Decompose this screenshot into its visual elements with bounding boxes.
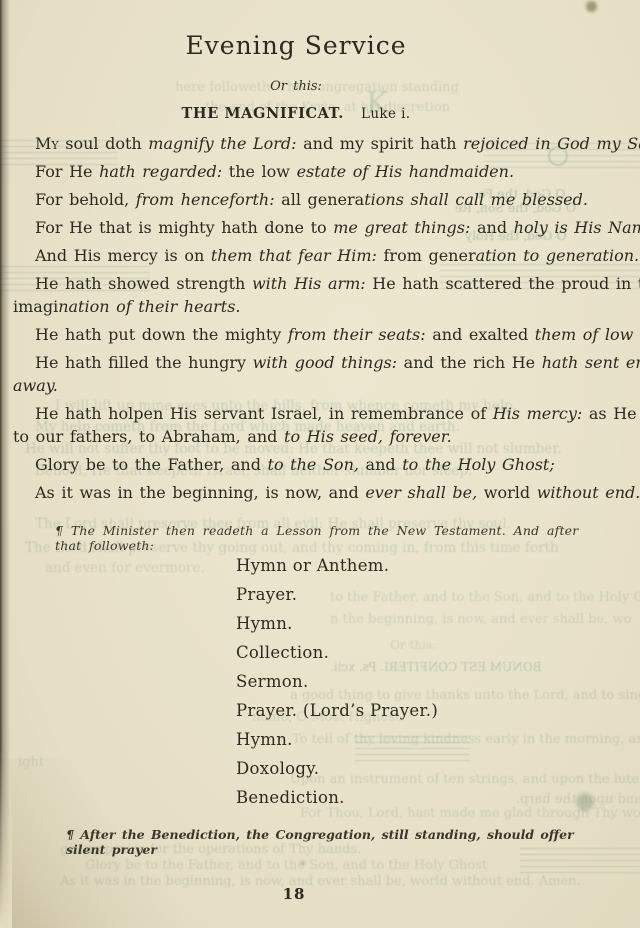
verse: For He that is mighty hath done to me gr… xyxy=(13,216,592,239)
order-item: Prayer. xyxy=(236,586,438,603)
verse-text-segment: ever shall be, xyxy=(365,483,477,502)
verse-text-segment: world xyxy=(477,483,537,502)
verse-line: For He hath regarded: the low estate of … xyxy=(13,160,592,183)
order-item: Prayer. (Lord’s Prayer.) xyxy=(236,702,438,719)
verse-text-segment: And His mercy is on xyxy=(35,246,211,265)
scanned-book-page: { "page": { "title": "Evening Service", … xyxy=(0,0,640,928)
verse-line: He hath filled the hungry with good thin… xyxy=(13,351,592,374)
page-title: Evening Service xyxy=(0,31,592,60)
verse-text-segment: me great things: xyxy=(333,218,470,237)
verse: For He hath regarded: the low estate of … xyxy=(13,160,592,183)
verse-text-segment: the low xyxy=(222,162,296,181)
verse-text-segment: For behold, xyxy=(35,190,136,209)
verse-text-segment: from gener xyxy=(377,246,476,265)
verse-text-segment: and xyxy=(470,218,513,237)
verse-text-segment: soul doth xyxy=(59,134,149,153)
verse-line: For behold, from henceforth: all generat… xyxy=(13,188,592,211)
order-item: Doxology. xyxy=(236,760,438,777)
or-this-label: Or this: xyxy=(0,79,592,94)
verse-text-segment: He hath put down the mighty xyxy=(35,325,288,344)
verse-text-segment: to the Son, xyxy=(268,455,359,474)
verse: For behold, from henceforth: all generat… xyxy=(13,188,592,211)
verse-line: And His mercy is on them that fear Him: … xyxy=(13,244,592,267)
verse-text-segment: My xyxy=(35,134,59,153)
order-item: Sermon. xyxy=(236,673,438,690)
order-item: Hymn. xyxy=(236,615,438,632)
verse-text-segment: and exalted xyxy=(426,325,535,344)
verse-text-segment: holy is His Name. xyxy=(514,218,640,237)
verse-text-segment: as He spake xyxy=(582,404,640,423)
verse-text-segment: estate of His handmaiden. xyxy=(297,162,514,181)
magnificat-verses: My soul doth magnify the Lord: and my sp… xyxy=(13,132,592,509)
verse-line: imagination of their hearts. xyxy=(13,295,592,318)
verse-line: He hath holpen His servant Israel, in re… xyxy=(13,402,592,425)
verse-text-segment: them that fear Him: xyxy=(211,246,377,265)
verse-text-segment: tions shall call me blessed. xyxy=(364,190,588,209)
verse-text-segment: without end. Amen. xyxy=(537,483,640,502)
verse-text-segment: away. xyxy=(13,376,58,395)
verse-text-segment: rejoiced in God my Saviour. xyxy=(463,134,640,153)
verse-text-segment: For He that is mighty hath done to xyxy=(35,218,333,237)
rubric-lesson: ¶ The Minister then readeth a Lesson fro… xyxy=(55,523,603,553)
page-crease xyxy=(0,758,230,928)
paper-blemish xyxy=(301,861,305,865)
canticle-heading: THE MAGNIFICAT. Luke i. xyxy=(0,103,592,122)
verse-text-segment: Glory be to the Father, and xyxy=(35,455,268,474)
verse-text-segment: to our fathers, to Abraham, and xyxy=(13,427,284,446)
verse: He hath put down the mighty from their s… xyxy=(13,323,592,346)
verse-text-segment: and the rich He xyxy=(397,353,542,372)
verse-text-segment: He hath scattered the proud in the xyxy=(366,274,640,293)
paper-blemish xyxy=(576,793,594,811)
scripture-reference: Luke i. xyxy=(361,106,411,122)
verse-text-segment: and my spirit hath xyxy=(297,134,464,153)
verse-text-segment: imagi xyxy=(13,297,58,316)
order-item: Hymn or Anthem. xyxy=(236,557,438,574)
verse-line: He hath put down the mighty from their s… xyxy=(13,323,592,346)
verse-line: For He that is mighty hath done to me gr… xyxy=(13,216,592,239)
verse: He hath filled the hungry with good thin… xyxy=(13,351,592,397)
verse-text-segment: magnify the Lord: xyxy=(148,134,296,153)
verse-text-segment: nation of their hearts. xyxy=(58,297,240,316)
paper-blemish xyxy=(586,1,597,12)
verse: Glory be to the Father, and to the Son, … xyxy=(13,453,592,476)
verse-text-segment: and xyxy=(359,455,402,474)
verse-text-segment: hath regarded: xyxy=(99,162,222,181)
verse-text-segment: with good things: xyxy=(253,353,397,372)
verse-line: away. xyxy=(13,374,592,397)
verse: My soul doth magnify the Lord: and my sp… xyxy=(13,132,592,155)
canticle-name: THE MAGNIFICAT. xyxy=(182,105,344,122)
order-item: Hymn. xyxy=(236,731,438,748)
verse-text-segment: all genera xyxy=(275,190,365,209)
verse-line: to our fathers, to Abraham, and to His s… xyxy=(13,425,592,448)
verse-line: Glory be to the Father, and to the Son, … xyxy=(13,453,592,476)
verse-text-segment: As it was in the beginning, is now, and xyxy=(35,483,365,502)
verse-text-segment: His mercy: xyxy=(493,404,583,423)
order-item: Collection. xyxy=(236,644,438,661)
verse-text-segment: to the Holy Ghost; xyxy=(402,455,555,474)
verse-text-segment: from henceforth: xyxy=(136,190,275,209)
verse: As it was in the beginning, is now, and … xyxy=(13,481,592,504)
verse-text-segment: He hath holpen His servant Israel, in re… xyxy=(35,404,493,423)
verse-line: As it was in the beginning, is now, and … xyxy=(13,481,592,504)
order-item: Benediction. xyxy=(236,789,438,806)
verse-text-segment: hath sent empty xyxy=(542,353,640,372)
verse: And His mercy is on them that fear Him: … xyxy=(13,244,592,267)
verse-line: My soul doth magnify the Lord: and my sp… xyxy=(13,132,592,155)
verse: He hath showed strength with His arm: He… xyxy=(13,272,592,318)
verse-text-segment: from their seats: xyxy=(288,325,426,344)
verse-text-segment: them of low degree. xyxy=(535,325,640,344)
verse-text-segment: He hath filled the hungry xyxy=(35,353,253,372)
verse-text-segment: ation to generation. xyxy=(476,246,640,265)
scan-edge-fade xyxy=(0,748,12,928)
verse: He hath holpen His servant Israel, in re… xyxy=(13,402,592,448)
verse-text-segment: to His seed, forever. xyxy=(284,427,452,446)
order-of-service-list: Hymn or Anthem.Prayer.Hymn.Collection.Se… xyxy=(236,557,438,818)
verse-text-segment: with His arm: xyxy=(252,274,366,293)
verse-text-segment: He hath showed strength xyxy=(35,274,252,293)
verse-line: He hath showed strength with His arm: He… xyxy=(13,272,592,295)
verse-text-segment: For He xyxy=(35,162,99,181)
